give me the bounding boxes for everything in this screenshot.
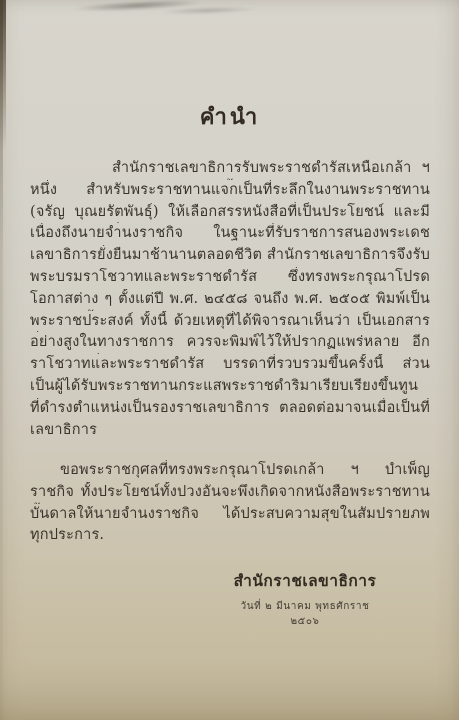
paragraph: ขอพระราชกุศลที่ทรงพระกรุณาโปรดเกล้า ฯ บำ… xyxy=(30,460,430,547)
scanned-page: คำนำ สำนักราชเลขาธิการรับพระราชดำรัสเหนื… xyxy=(0,0,459,720)
text-line: พระบรมราโชวาทและพระราชดำรัส ซึ่งทรงพระกร… xyxy=(30,267,430,289)
page-title: คำนำ xyxy=(30,99,430,134)
text-line: โอกาสต่าง ๆ ตั้งแต่ปี พ.ศ. ๒๔๕๘ จนถึง พ.… xyxy=(30,289,430,311)
text-line: หนึ่ง สำหรับพระราชทานแจกเป็นที่ระลึกในงา… xyxy=(30,180,430,202)
text-line: พระราชประสงค์ ทั้งนี้ ด้วยเหตุที่ได้พิจา… xyxy=(30,311,430,333)
text-line: สำนักราชเลขาธิการรับพระราชดำรัสเหนือเกล้… xyxy=(30,158,430,180)
paragraph: สำนักราชเลขาธิการรับพระราชดำรัสเหนือเกล้… xyxy=(30,158,430,441)
text-line: ราโชวาทและพระราชดำรัส บรรดาที่รวบรวมขึ้น… xyxy=(30,354,430,376)
signature: สำนักราชเลขาธิการ xyxy=(225,568,385,593)
text-line: ขอพระราชกุศลที่ทรงพระกรุณาโปรดเกล้า ฯ บำ… xyxy=(30,460,430,482)
text-line: บันดาลให้นายจำนงราชกิจ ได้ประสบความสุขใน… xyxy=(30,504,430,526)
signature-block: สำนักราชเลขาธิการ วันที่ ๒ มีนาคม พุทธศั… xyxy=(225,568,385,629)
text-line: เป็นผู้ได้รับพระราชทานกระแสพระราชดำริมาเ… xyxy=(30,376,430,398)
text-line: ราชกิจ ทั้งประโยชน์ทั้งปวงอันจะพึงเกิดจา… xyxy=(30,482,430,504)
text-line: ที่ดำรงตำแหน่งเป็นรองราชเลขาธิการ ตลอดต่… xyxy=(30,398,430,420)
page-gutter-shadow xyxy=(0,0,3,720)
text-line: เลขาธิการ xyxy=(30,420,430,442)
date-line: วันที่ ๒ มีนาคม พุทธศักราช ๒๕๐๖ xyxy=(225,599,385,629)
text-line: ทุกประการ. xyxy=(30,525,430,547)
text-line: เนื่องถึงนายจำนงราชกิจ ในฐานะที่รับราชกา… xyxy=(30,223,430,245)
text-line: เลขาธิการยั่งยืนมาช้านานตลอดชีวิต สำนักร… xyxy=(30,245,430,267)
text-line: (จรัญ บุณยรัตพันธุ์) ให้เลือกสรรหนังสือท… xyxy=(30,202,430,224)
text-line: อย่างสูงในทางราชการ ควรจะพิมพ์ไว้ให้ปราก… xyxy=(30,332,430,354)
